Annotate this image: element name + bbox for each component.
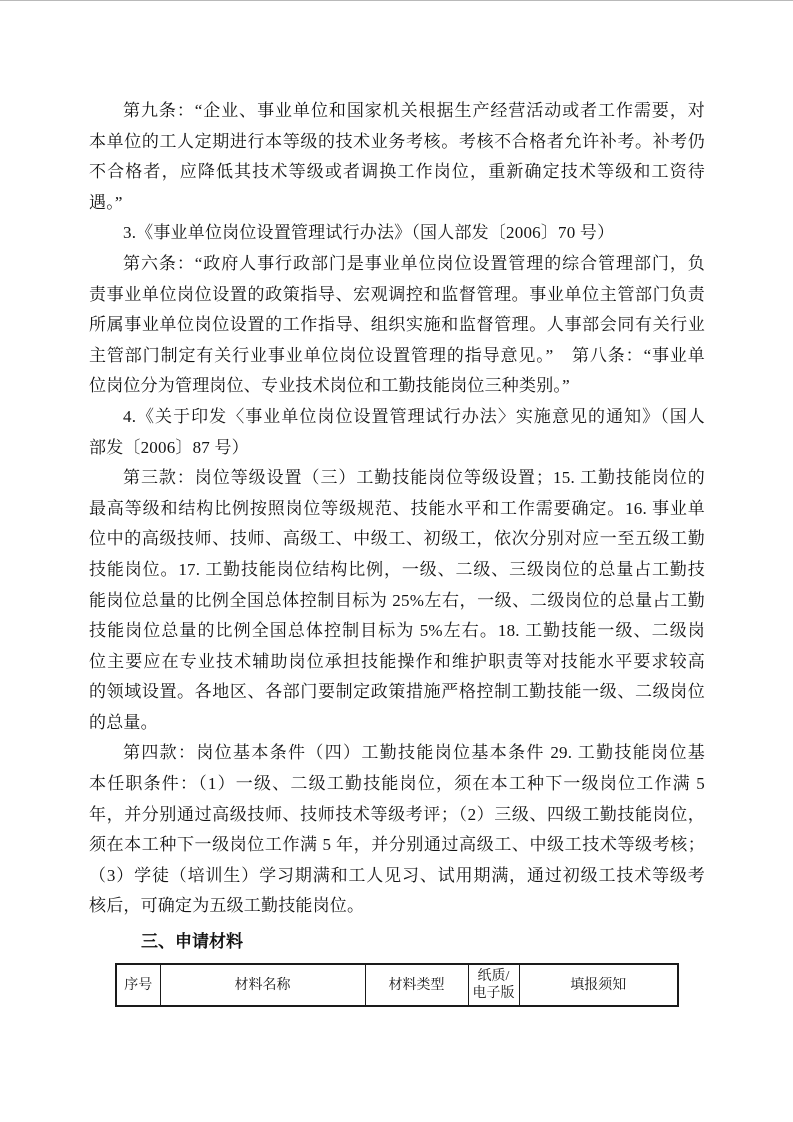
- text-line: 须在本工种下一级岗位工作满 5 年，并分别通过高级工、中级工技术等级考核；: [89, 830, 705, 861]
- text-line: 本单位的工人定期进行本等级的技术业务考核。考核不合格者允许补考。补考仍: [89, 127, 705, 158]
- text-line: 位中的高级技师、技师、高级工、中级工、初级工，依次分别对应一至五级工勤: [89, 524, 705, 555]
- text-line: 主管部门制定有关行业事业单位岗位设置管理的指导意见。” 第八条：“事业单: [89, 341, 705, 372]
- text-line: 能岗位总量的比例全国总体控制目标为 25%左右，一级、二级岗位的总量占工勤: [89, 586, 705, 617]
- materials-table: 序号 材料名称 材料类型 纸质/ 电子版 填报须知: [115, 963, 679, 1007]
- section-heading: 三、申请材料: [89, 932, 705, 952]
- header-cell-filling-notes: 填报须知: [519, 964, 678, 1006]
- text-line: 遇。”: [89, 188, 705, 219]
- text-line: 最高等级和结构比例按照岗位等级规范、技能水平和工作需要确定。16. 事业单: [89, 494, 705, 525]
- header-cell-material-type: 材料类型: [365, 964, 468, 1006]
- paragraph: 第四款：岗位基本条件（四）工勤技能岗位基本条件 29. 工勤技能岗位基 本任职条…: [89, 738, 705, 922]
- paragraph: 第六条：“政府人事行政部门是事业单位岗位设置管理的综合管理部门，负 责事业单位岗…: [89, 249, 705, 402]
- text-line: 本任职条件：（1）一级、二级工勤技能岗位，须在本工种下一级岗位工作满 5: [89, 769, 705, 800]
- text-line: 部发〔2006〕87 号）: [89, 433, 705, 464]
- text-line: 3.《事业单位岗位设置管理试行办法》（国人部发〔2006〕70 号）: [89, 218, 705, 249]
- text-line: 第六条：“政府人事行政部门是事业单位岗位设置管理的综合管理部门，负: [89, 249, 705, 280]
- text-line: 核后，可确定为五级工勤技能岗位。: [89, 891, 705, 922]
- text-line: 位岗位分为管理岗位、专业技术岗位和工勤技能岗位三种类别。”: [89, 371, 705, 402]
- paragraph: 4.《关于印发〈事业单位岗位设置管理试行办法〉实施意见的通知》（国人 部发〔20…: [89, 402, 705, 463]
- text-line: 4.《关于印发〈事业单位岗位设置管理试行办法〉实施意见的通知》（国人: [89, 402, 705, 433]
- header-cell-material-name: 材料名称: [160, 964, 365, 1006]
- document-body: 第九条：“企业、事业单位和国家机关根据生产经营活动或者工作需要，对 本单位的工人…: [89, 96, 705, 1007]
- paragraph: 第三款：岗位等级设置（三）工勤技能岗位等级设置；15. 工勤技能岗位的 最高等级…: [89, 463, 705, 738]
- paragraph: 第九条：“企业、事业单位和国家机关根据生产经营活动或者工作需要，对 本单位的工人…: [89, 96, 705, 218]
- page-top-edge: [0, 0, 793, 1]
- header-cell-paper-or-electronic: 纸质/ 电子版: [468, 964, 519, 1006]
- paragraph: 3.《事业单位岗位设置管理试行办法》（国人部发〔2006〕70 号）: [89, 218, 705, 249]
- text-line: 第四款：岗位基本条件（四）工勤技能岗位基本条件 29. 工勤技能岗位基: [89, 738, 705, 769]
- text-line: （3）学徒（培训生）学习期满和工人见习、试用期满，通过初级工技术等级考: [89, 861, 705, 892]
- table-header-row: 序号 材料名称 材料类型 纸质/ 电子版 填报须知: [116, 964, 678, 1006]
- text-line: 年，并分别通过高级技师、技师技术等级考评；（2）三级、四级工勤技能岗位，: [89, 800, 705, 831]
- text-line: 位主要应在专业技术辅助岗位承担技能操作和维护职责等对技能水平要求较高: [89, 647, 705, 678]
- text-line: 技能岗位。17. 工勤技能岗位结构比例，一级、二级、三级岗位的总量占工勤技: [89, 555, 705, 586]
- text-line: 所属事业单位岗位设置的工作指导、组织实施和监督管理。人事部会同有关行业: [89, 310, 705, 341]
- text-line: 技能岗位总量的比例全国总体控制目标为 5%左右。18. 工勤技能一级、二级岗: [89, 616, 705, 647]
- text-line: 第九条：“企业、事业单位和国家机关根据生产经营活动或者工作需要，对: [89, 96, 705, 127]
- text-line: 的总量。: [89, 708, 705, 739]
- text-line: 第三款：岗位等级设置（三）工勤技能岗位等级设置；15. 工勤技能岗位的: [89, 463, 705, 494]
- header-cell-serial-number: 序号: [116, 964, 160, 1006]
- text-line: 的领域设置。各地区、各部门要制定政策措施严格控制工勤技能一级、二级岗位: [89, 677, 705, 708]
- text-line: 责事业单位岗位设置的政策指导、宏观调控和监督管理。事业单位主管部门负责: [89, 280, 705, 311]
- document-page: 第九条：“企业、事业单位和国家机关根据生产经营活动或者工作需要，对 本单位的工人…: [0, 0, 793, 1122]
- text-line: 不合格者，应降低其技术等级或者调换工作岗位，重新确定技术等级和工资待: [89, 157, 705, 188]
